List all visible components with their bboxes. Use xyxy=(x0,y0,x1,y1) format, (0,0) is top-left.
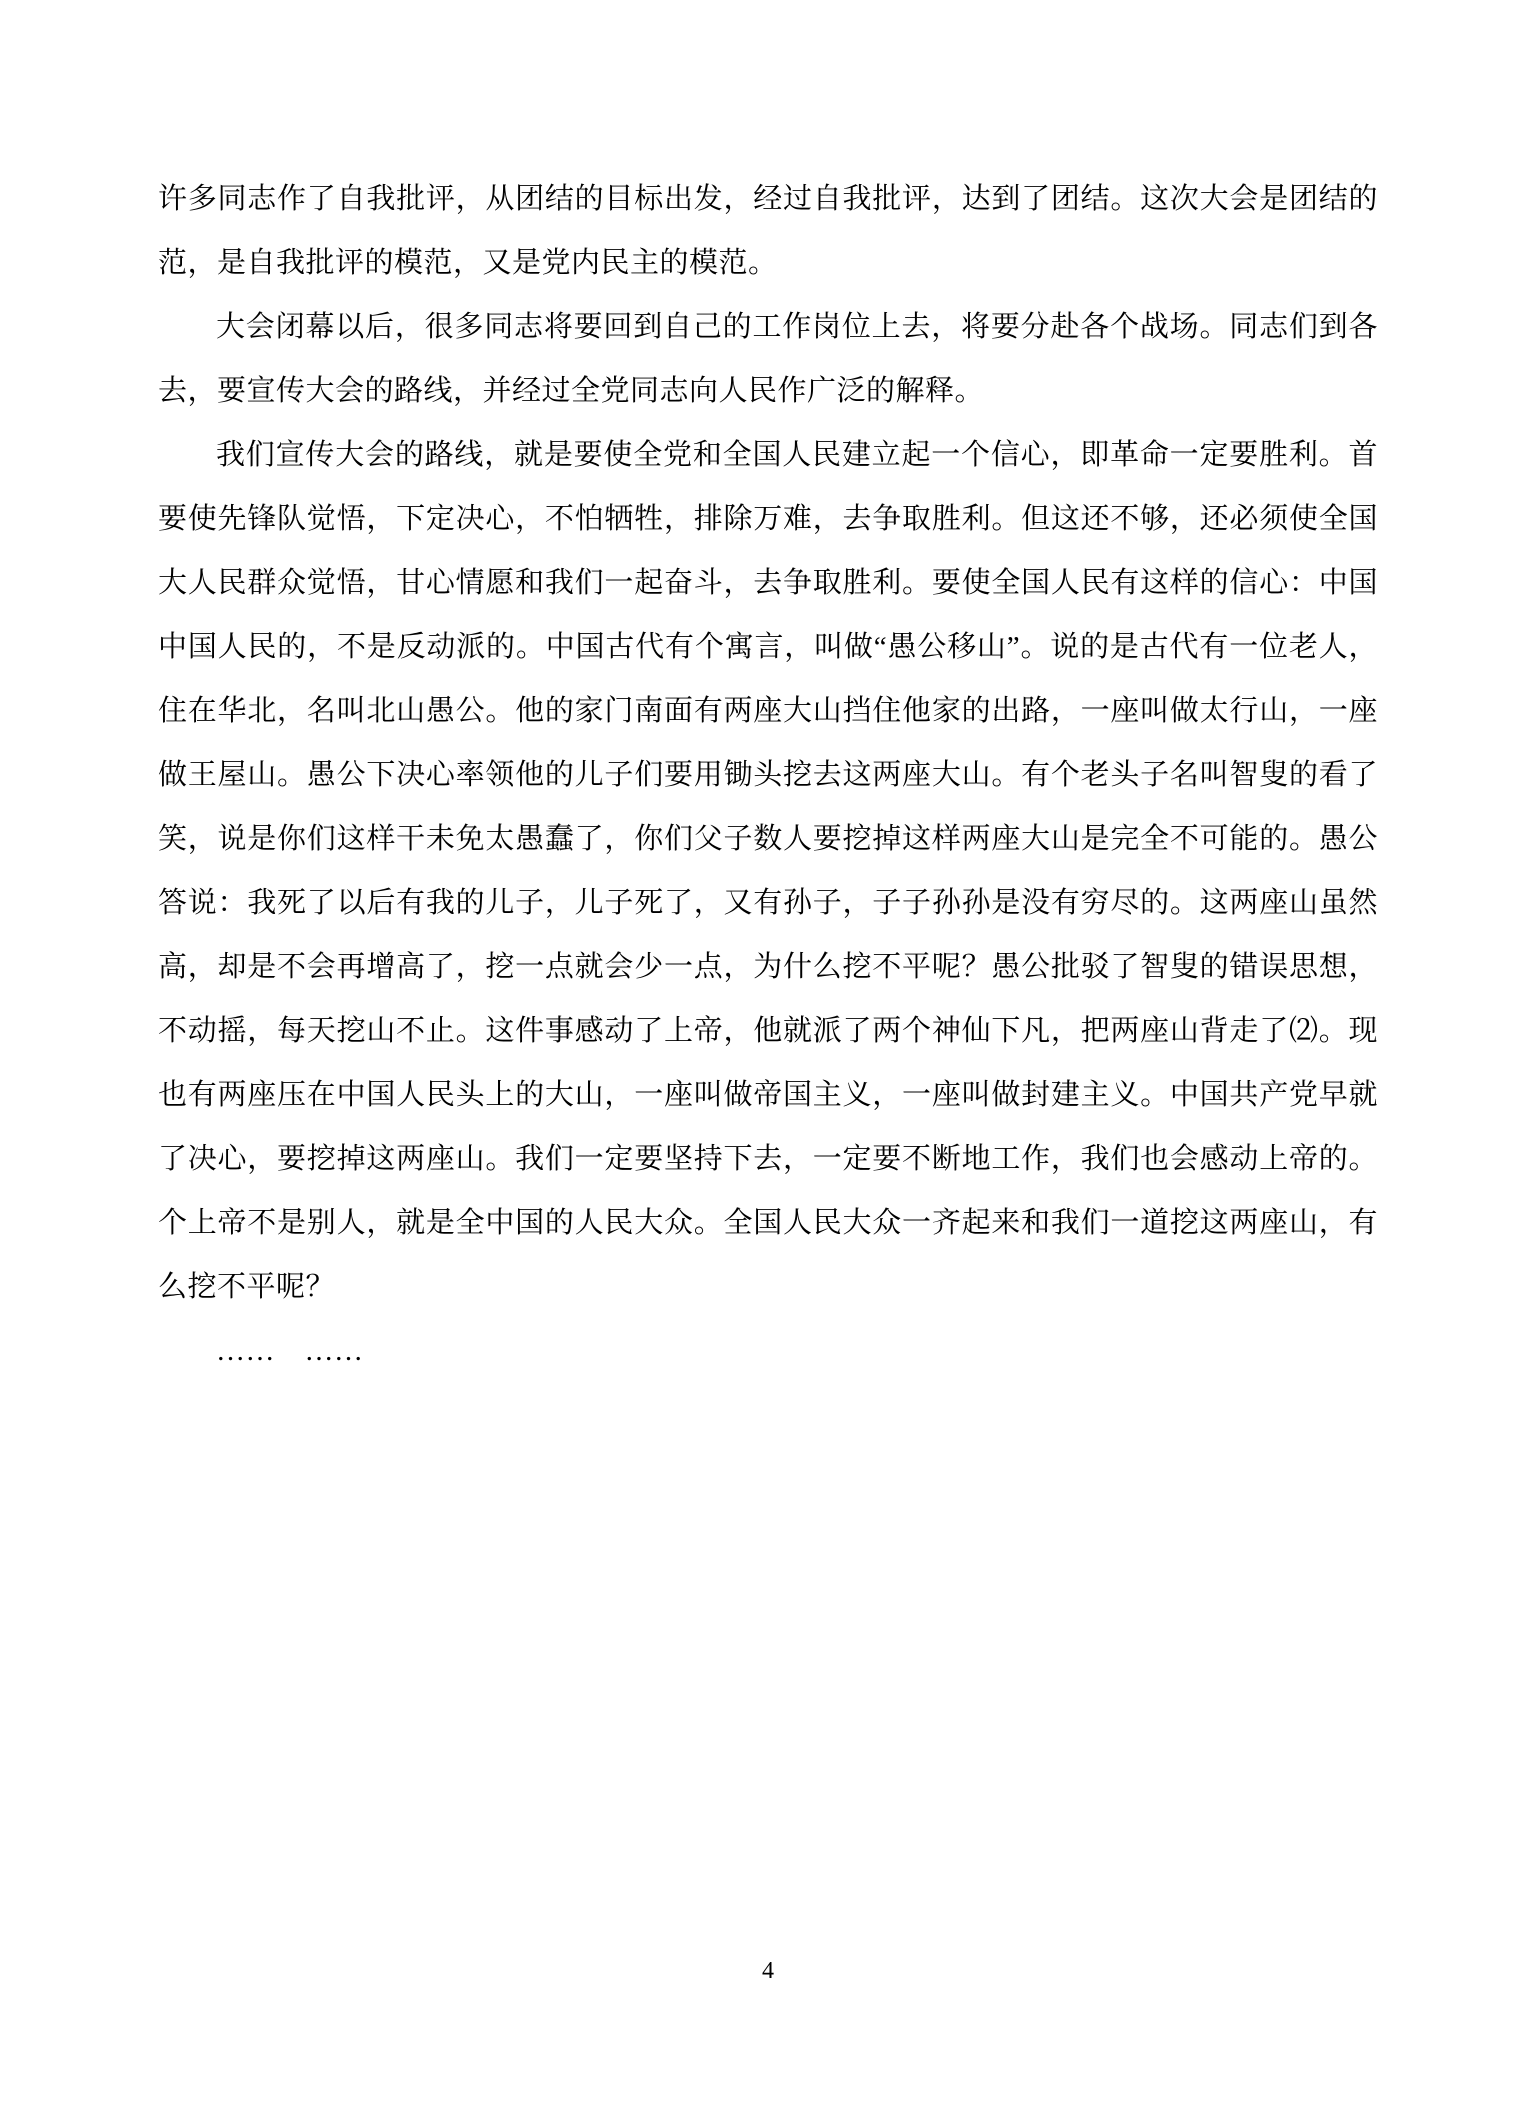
page-number: 4 xyxy=(762,1958,774,1984)
text-line: 去，要宣传大会的路线，并经过全党同志向人民作广泛的解释。 xyxy=(158,359,1378,423)
text-line: 范，是自我批评的模范，又是党内民主的模范。 xyxy=(158,231,1378,295)
text-line: 大会闭幕以后，很多同志将要回到自己的工作岗位上去，将要分赴各个战场。同志们到各地 xyxy=(158,295,1378,359)
text-line: 我们宣传大会的路线，就是要使全党和全国人民建立起一个信心，即革命一定要胜利。首先 xyxy=(158,423,1378,487)
text-line: 笑，说是你们这样干未免太愚蠢了，你们父子数人要挖掉这样两座大山是完全不可能的。愚… xyxy=(158,807,1378,871)
text-line: 许多同志作了自我批评，从团结的目标出发，经过自我批评，达到了团结。这次大会是团结… xyxy=(158,167,1378,231)
text-line: 么挖不平呢？ xyxy=(158,1255,1378,1319)
text-line: …… …… xyxy=(158,1319,1378,1383)
text-line: 答说：我死了以后有我的儿子，儿子死了，又有孙子，子子孙孙是没有穷尽的。这两座山虽… xyxy=(158,871,1378,935)
document-page: 许多同志作了自我批评，从团结的目标出发，经过自我批评，达到了团结。这次大会是团结… xyxy=(0,0,1536,2127)
text-line: 做王屋山。愚公下决心率领他的儿子们要用锄头挖去这两座大山。有个老头子名叫智叟的看… xyxy=(158,743,1378,807)
text-line: 不动摇，每天挖山不止。这件事感动了上帝，他就派了两个神仙下凡，把两座山背走了⑵。… xyxy=(158,999,1378,1063)
text-line: 个上帝不是别人，就是全中国的人民大众。全国人民大众一齐起来和我们一道挖这两座山，… xyxy=(158,1191,1378,1255)
text-line: 大人民群众觉悟，甘心情愿和我们一起奋斗，去争取胜利。要使全国人民有这样的信心：中… xyxy=(158,551,1378,615)
text-line: 也有两座压在中国人民头上的大山，一座叫做帝国主义，一座叫做封建主义。中国共产党早… xyxy=(158,1063,1378,1127)
page-footer: 4 xyxy=(0,1955,1536,1987)
text-block: 许多同志作了自我批评，从团结的目标出发，经过自我批评，达到了团结。这次大会是团结… xyxy=(158,167,1378,1383)
text-line: 中国人民的，不是反动派的。中国古代有个寓言，叫做“愚公移山”。说的是古代有一位老… xyxy=(158,615,1378,679)
text-line: 高，却是不会再增高了，挖一点就会少一点，为什么挖不平呢？愚公批驳了智叟的错误思想… xyxy=(158,935,1378,999)
text-line: 住在华北，名叫北山愚公。他的家门南面有两座大山挡住他家的出路，一座叫做太行山，一… xyxy=(158,679,1378,743)
text-line: 了决心，要挖掉这两座山。我们一定要坚持下去，一定要不断地工作，我们也会感动上帝的… xyxy=(158,1127,1378,1191)
text-line: 要使先锋队觉悟，下定决心，不怕牺牲，排除万难，去争取胜利。但这还不够，还必须使全… xyxy=(158,487,1378,551)
